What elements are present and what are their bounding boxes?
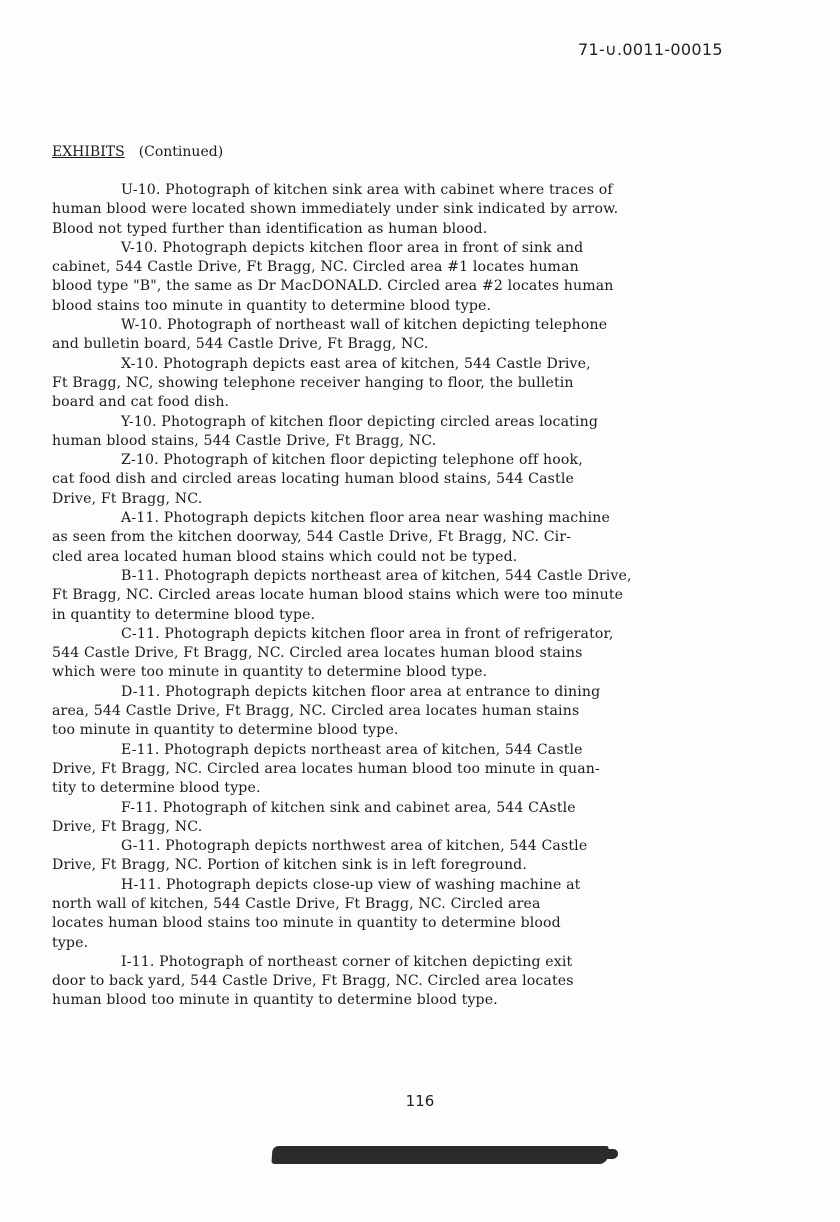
exhibit-entry: W-10. Photograph of northeast wall of ki… xyxy=(52,316,812,355)
exhibit-first-line: Y-10. Photograph of kitchen floor depict… xyxy=(52,413,812,432)
exhibit-first-line: F-11. Photograph of kitchen sink and cab… xyxy=(52,799,812,818)
exhibit-line: blood type "B", the same as Dr MacDONALD… xyxy=(52,277,812,296)
exhibit-line: 544 Castle Drive, Ft Bragg, NC. Circled … xyxy=(52,644,812,663)
exhibit-entry: E-11. Photograph depicts northeast area … xyxy=(52,741,812,799)
exhibit-entry: V-10. Photograph depicts kitchen floor a… xyxy=(52,239,812,316)
document-page: 71-∪.0011-00015 EXHIBITS(Continued) U-10… xyxy=(0,0,840,1222)
exhibit-line: human blood were located shown immediate… xyxy=(52,200,812,219)
exhibit-first-line: H-11. Photograph depicts close-up view o… xyxy=(52,876,812,895)
exhibit-entry: X-10. Photograph depicts east area of ki… xyxy=(52,355,812,413)
exhibit-line: Drive, Ft Bragg, NC. xyxy=(52,818,812,837)
exhibit-line: Blood not typed further than identificat… xyxy=(52,220,812,239)
exhibit-first-line: V-10. Photograph depicts kitchen floor a… xyxy=(52,239,812,258)
exhibit-line: north wall of kitchen, 544 Castle Drive,… xyxy=(52,895,812,914)
exhibit-line: area, 544 Castle Drive, Ft Bragg, NC. Ci… xyxy=(52,702,812,721)
exhibit-first-line: Z-10. Photograph of kitchen floor depict… xyxy=(52,451,812,470)
exhibit-line: board and cat food dish. xyxy=(52,393,812,412)
exhibit-line: Ft Bragg, NC. Circled areas locate human… xyxy=(52,586,812,605)
section-heading: EXHIBITS(Continued) xyxy=(52,142,223,162)
exhibit-entry: G-11. Photograph depicts northwest area … xyxy=(52,837,812,876)
exhibit-line: human blood too minute in quantity to de… xyxy=(52,991,812,1010)
exhibit-line: Drive, Ft Bragg, NC. xyxy=(52,490,812,509)
section-continued: (Continued) xyxy=(139,144,223,160)
exhibit-entry: D-11. Photograph depicts kitchen floor a… xyxy=(52,683,812,741)
exhibit-entry: Y-10. Photograph of kitchen floor depict… xyxy=(52,413,812,452)
exhibit-first-line: D-11. Photograph depicts kitchen floor a… xyxy=(52,683,812,702)
exhibit-line: Drive, Ft Bragg, NC. Circled area locate… xyxy=(52,760,812,779)
exhibit-line: as seen from the kitchen doorway, 544 Ca… xyxy=(52,528,812,547)
exhibit-entry: Z-10. Photograph of kitchen floor depict… xyxy=(52,451,812,509)
exhibit-first-line: B-11. Photograph depicts northeast area … xyxy=(52,567,812,586)
exhibit-line: door to back yard, 544 Castle Drive, Ft … xyxy=(52,972,812,991)
exhibit-line: which were too minute in quantity to det… xyxy=(52,663,812,682)
exhibit-line: Ft Bragg, NC, showing telephone receiver… xyxy=(52,374,812,393)
redaction-bar xyxy=(271,1146,608,1164)
exhibit-first-line: C-11. Photograph depicts kitchen floor a… xyxy=(52,625,812,644)
exhibit-line: cabinet, 544 Castle Drive, Ft Bragg, NC.… xyxy=(52,258,812,277)
exhibit-entry: A-11. Photograph depicts kitchen floor a… xyxy=(52,509,812,567)
exhibit-entry: U-10. Photograph of kitchen sink area wi… xyxy=(52,181,812,239)
exhibit-entry: F-11. Photograph of kitchen sink and cab… xyxy=(52,799,812,838)
exhibit-line: in quantity to determine blood type. xyxy=(52,606,812,625)
exhibit-first-line: W-10. Photograph of northeast wall of ki… xyxy=(52,316,812,335)
exhibit-entry: B-11. Photograph depicts northeast area … xyxy=(52,567,812,625)
exhibit-line: locates human blood stains too minute in… xyxy=(52,914,812,933)
exhibit-line: cled area located human blood stains whi… xyxy=(52,548,812,567)
exhibit-line: blood stains too minute in quantity to d… xyxy=(52,297,812,316)
exhibit-first-line: U-10. Photograph of kitchen sink area wi… xyxy=(52,181,812,200)
exhibit-entry: H-11. Photograph depicts close-up view o… xyxy=(52,876,812,953)
document-id: 71-∪.0011-00015 xyxy=(578,40,723,59)
section-title: EXHIBITS xyxy=(52,144,125,160)
exhibit-line: human blood stains, 544 Castle Drive, Ft… xyxy=(52,432,812,451)
page-number: 116 xyxy=(0,1092,840,1110)
exhibit-line: and bulletin board, 544 Castle Drive, Ft… xyxy=(52,335,812,354)
exhibit-first-line: G-11. Photograph depicts northwest area … xyxy=(52,837,812,856)
exhibit-list: U-10. Photograph of kitchen sink area wi… xyxy=(52,181,812,1011)
exhibit-first-line: A-11. Photograph depicts kitchen floor a… xyxy=(52,509,812,528)
exhibit-first-line: X-10. Photograph depicts east area of ki… xyxy=(52,355,812,374)
exhibit-line: too minute in quantity to determine bloo… xyxy=(52,721,812,740)
exhibit-first-line: E-11. Photograph depicts northeast area … xyxy=(52,741,812,760)
exhibit-line: Drive, Ft Bragg, NC. Portion of kitchen … xyxy=(52,856,812,875)
exhibit-line: cat food dish and circled areas locating… xyxy=(52,470,812,489)
exhibit-line: tity to determine blood type. xyxy=(52,779,812,798)
exhibit-entry: I-11. Photograph of northeast corner of … xyxy=(52,953,812,1011)
exhibit-line: type. xyxy=(52,934,812,953)
exhibit-first-line: I-11. Photograph of northeast corner of … xyxy=(52,953,812,972)
exhibit-entry: C-11. Photograph depicts kitchen floor a… xyxy=(52,625,812,683)
